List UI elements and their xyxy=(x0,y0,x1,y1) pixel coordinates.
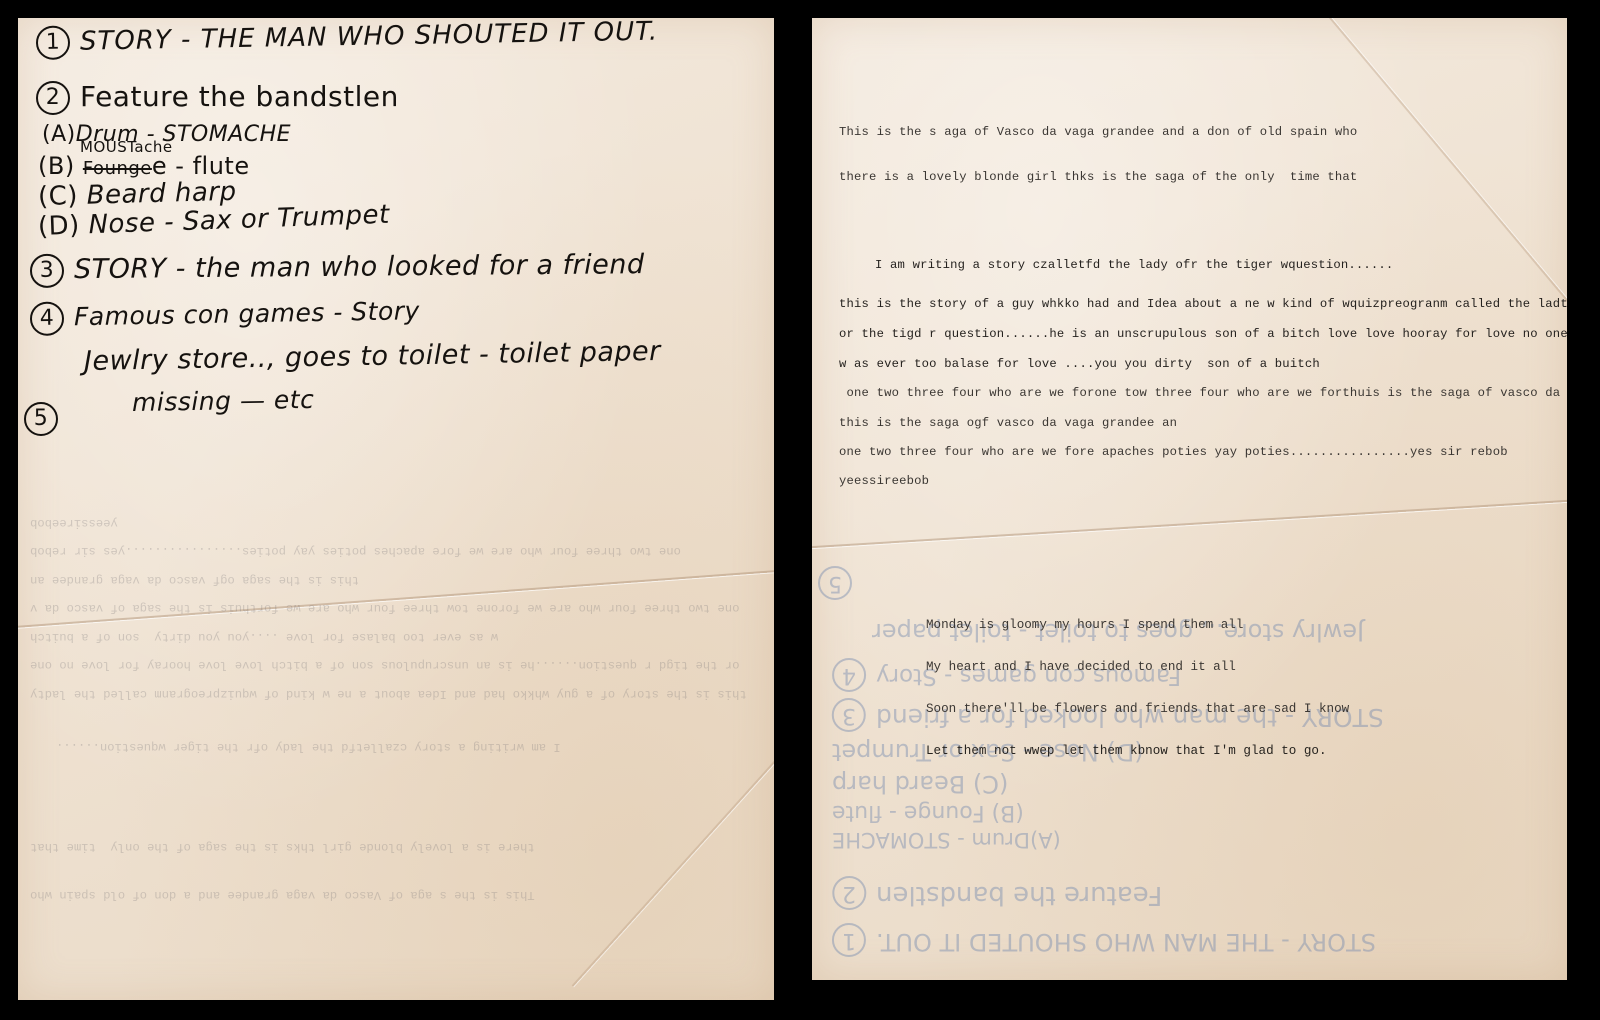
typed-line: I am writing a story czalletfd the lady … xyxy=(875,258,1393,272)
note-item-5: 5 xyxy=(24,402,68,436)
typed-line: one two three four who are we forone tow… xyxy=(839,386,1567,400)
show-through-line: one two three four who are we fore apach… xyxy=(30,544,681,558)
note-text: e - flute xyxy=(152,152,250,180)
item-number-circle: 2 xyxy=(36,81,70,115)
typed-line: w as ever too balase for love ....you yo… xyxy=(839,357,1320,371)
item-number-circle: 5 xyxy=(24,402,58,436)
show-through-line: or the tigd r question......he is an uns… xyxy=(30,658,739,672)
show-through-handwriting: 5 xyxy=(818,566,862,600)
item-number-circle: 1 xyxy=(36,25,71,60)
note-item-4: 4Famous con games - Story xyxy=(30,295,420,336)
struck-text: Founge xyxy=(83,158,152,179)
note-text: Famous con games - Story xyxy=(74,296,420,331)
show-through-line: yeessireebob xyxy=(30,516,118,530)
subitem-marker: (B) xyxy=(38,152,75,180)
note-item-4-detail-cont: missing — etc xyxy=(132,385,315,417)
note-item-1: 1STORY - THE MAN WHO SHOUTED IT OUT. xyxy=(36,18,659,60)
show-through-line: this is the story of a guy whkko had and… xyxy=(30,687,747,701)
typed-line: This is the s aga of Vasco da vaga grand… xyxy=(839,125,1357,139)
show-through-line: I am writing a story czalletfd the lady … xyxy=(56,740,561,754)
show-through-line: this is the saga ogf vasco da vaga grand… xyxy=(30,573,359,587)
scan-stage: yeessireebob one two three four who are … xyxy=(0,0,1600,1020)
show-through-line: w as ever too balase for love ....you yo… xyxy=(30,630,498,644)
insertion-text: MOUSTache xyxy=(80,138,173,156)
typed-line: one two three four who are we fore apach… xyxy=(839,445,1508,459)
show-through-line: one two three four who are we forone tow… xyxy=(30,601,739,615)
note-text: Jewlry store.., goes to toilet - toilet … xyxy=(84,336,661,377)
poem-line: Soon there'll be flowers and friends tha… xyxy=(926,702,1349,716)
poem-line: Let them not wwep let them kbnow that I'… xyxy=(926,744,1349,758)
typewritten-manuscript-page: STORY - THE MAN WHO SHOUTED IT OUT.1 Fea… xyxy=(812,18,1567,980)
typed-line: yeessireebob xyxy=(839,474,929,488)
typed-line: this is the saga ogf vasco da vaga grand… xyxy=(839,416,1177,430)
show-through-handwriting: STORY - THE MAN WHO SHOUTED IT OUT.1 xyxy=(832,923,1376,957)
note-item-3: 3STORY - the man who looked for a friend xyxy=(30,249,645,288)
subitem-marker: (A) xyxy=(42,122,76,147)
typed-line: this is the story of a guy whkko had and… xyxy=(839,297,1567,311)
show-through-handwriting: (A)Drum - STOMACHE xyxy=(832,828,1061,852)
show-through-handwriting: Feature the bandstlen2 xyxy=(832,876,1162,910)
show-through-line: there is a lovely blonde girl thks is th… xyxy=(30,840,535,854)
note-item-2: 2Feature the bandstlen xyxy=(36,80,399,115)
note-text: STORY - the man who looked for a friend xyxy=(74,249,645,285)
typed-line: or the tigd r question......he is an uns… xyxy=(839,327,1567,341)
note-text: Feature the bandstlen xyxy=(80,80,399,113)
note-text: STORY - THE MAN WHO SHOUTED IT OUT. xyxy=(80,18,659,57)
poem-line: Monday is gloomy my hours I spend them a… xyxy=(926,618,1349,632)
poem-stanza: Monday is gloomy my hours I spend them a… xyxy=(926,590,1349,786)
note-text: missing — etc xyxy=(132,385,315,417)
show-through-line: This is the s aga of Vasco da vaga grand… xyxy=(30,888,535,902)
subitem-marker: (C) xyxy=(38,181,79,212)
note-item-4-detail: Jewlry store.., goes to toilet - toilet … xyxy=(84,336,661,377)
subitem-marker: (D) xyxy=(37,211,80,242)
show-through-handwriting: (B) Founge - flute xyxy=(832,800,1024,825)
typed-line: there is a lovely blonde girl thks is th… xyxy=(839,170,1357,184)
poem-line: My heart and I have decided to end it al… xyxy=(926,660,1349,674)
note-subitem-b: MOUSTache (B) Foungee - flute xyxy=(38,152,250,180)
item-number-circle: 4 xyxy=(30,301,65,336)
item-number-circle: 3 xyxy=(30,254,64,288)
handwritten-notes-page: yeessireebob one two three four who are … xyxy=(18,18,774,1000)
